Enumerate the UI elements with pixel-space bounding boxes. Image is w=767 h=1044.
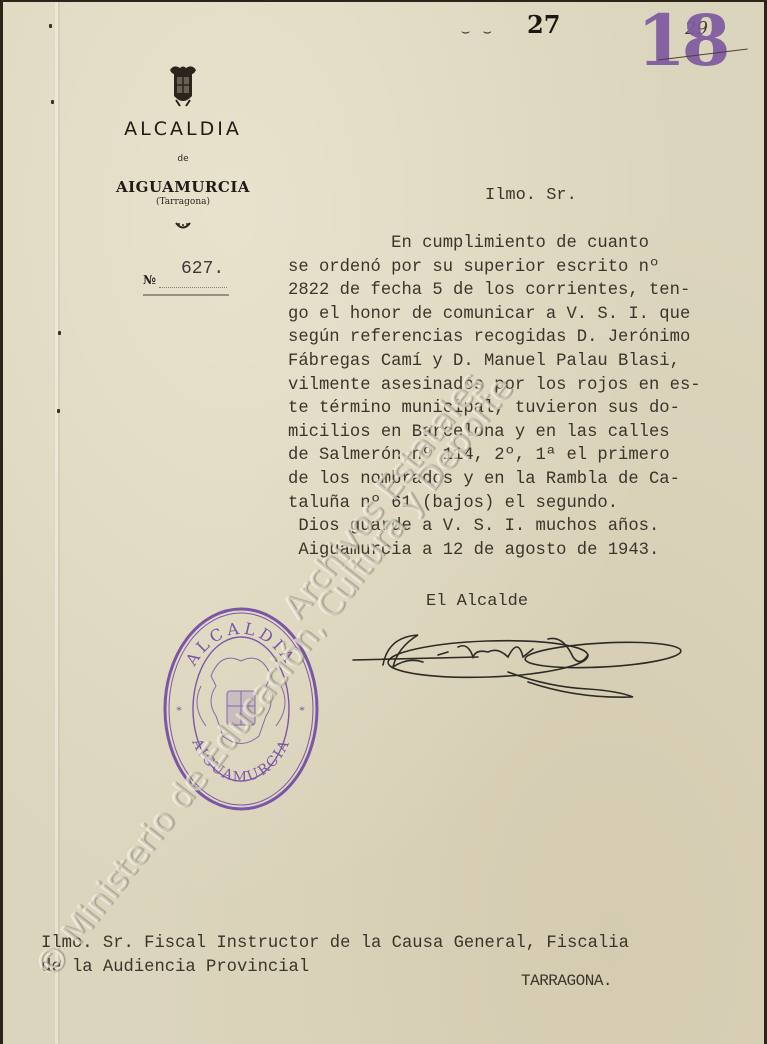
rule-line bbox=[143, 294, 229, 296]
page-marks-dots: ⌣ ⌣ bbox=[461, 24, 496, 40]
body-line: En cumplimiento de cuanto bbox=[288, 232, 764, 256]
salutation: Ilmo. Sr. bbox=[485, 186, 577, 205]
body-line: go el honor de comunicar a V. S. I. que bbox=[288, 303, 764, 327]
letterhead-connector: de bbox=[93, 154, 273, 164]
body-line: 2822 de fecha 5 de los corrientes, ten- bbox=[288, 279, 764, 303]
folio-stamp-number: 18 bbox=[637, 6, 726, 76]
body-line: te término municipal, tuvieron sus do- bbox=[288, 397, 764, 421]
body-line: micilios en Barcelona y en las calles bbox=[288, 421, 764, 445]
registry-number-value: 627. bbox=[181, 259, 224, 279]
body-line: taluña nº 61 (bajos) el segundo. bbox=[288, 492, 764, 516]
letterhead-province: (Tarragona) bbox=[93, 197, 273, 207]
body-line: Fábregas Camí y D. Manuel Palau Blasi, bbox=[288, 350, 764, 374]
coat-of-arms-icon bbox=[164, 62, 202, 110]
letterhead: ALCALDIA de AIGUAMURCIA (Tarragona) bbox=[93, 62, 273, 225]
signature-label: El Alcalde bbox=[426, 592, 528, 611]
municipal-seal: ALCALDIA AIGUAMURCIA * * bbox=[161, 606, 321, 812]
dotted-line bbox=[159, 287, 227, 288]
svg-text:*: * bbox=[176, 703, 182, 717]
body-line: de Salmerón nº 114, 2º, 1ª el primero bbox=[288, 444, 764, 468]
paper-fold bbox=[55, 2, 58, 1044]
body-line: Aiguamurcia a 12 de agosto de 1943. bbox=[288, 539, 764, 563]
body-line: de los nombrados y en la Rambla de Ca- bbox=[288, 468, 764, 492]
body-line: Dios guarde a V. S. I. muchos años. bbox=[288, 515, 764, 539]
document-page: ⌣ ⌣ 27 29 18 ALCALDIA de AIGUAMURCIA (Ta… bbox=[3, 2, 764, 1044]
body-line: vilmente asesinados por los rojos en es- bbox=[288, 374, 764, 398]
page-number: 27 bbox=[527, 10, 560, 39]
addressee-city: TARRAGONA. bbox=[521, 972, 612, 990]
number-symbol: № bbox=[143, 273, 156, 287]
addressee-line: Ilmo. Sr. Fiscal Instructor de la Causa … bbox=[41, 932, 629, 956]
registry-number: № 627. bbox=[143, 257, 229, 297]
body-line: se ordenó por su superior escrito nº bbox=[288, 256, 764, 280]
svg-text:*: * bbox=[299, 703, 305, 717]
body-line: según referencias recogidas D. Jerónimo bbox=[288, 326, 764, 350]
ornament-icon bbox=[175, 217, 191, 225]
handwritten-signature bbox=[348, 627, 688, 717]
letter-body: En cumplimiento de cuantose ordenó por s… bbox=[288, 232, 764, 562]
letterhead-town: AIGUAMURCIA bbox=[93, 178, 273, 196]
letterhead-title: ALCALDIA bbox=[93, 118, 273, 140]
